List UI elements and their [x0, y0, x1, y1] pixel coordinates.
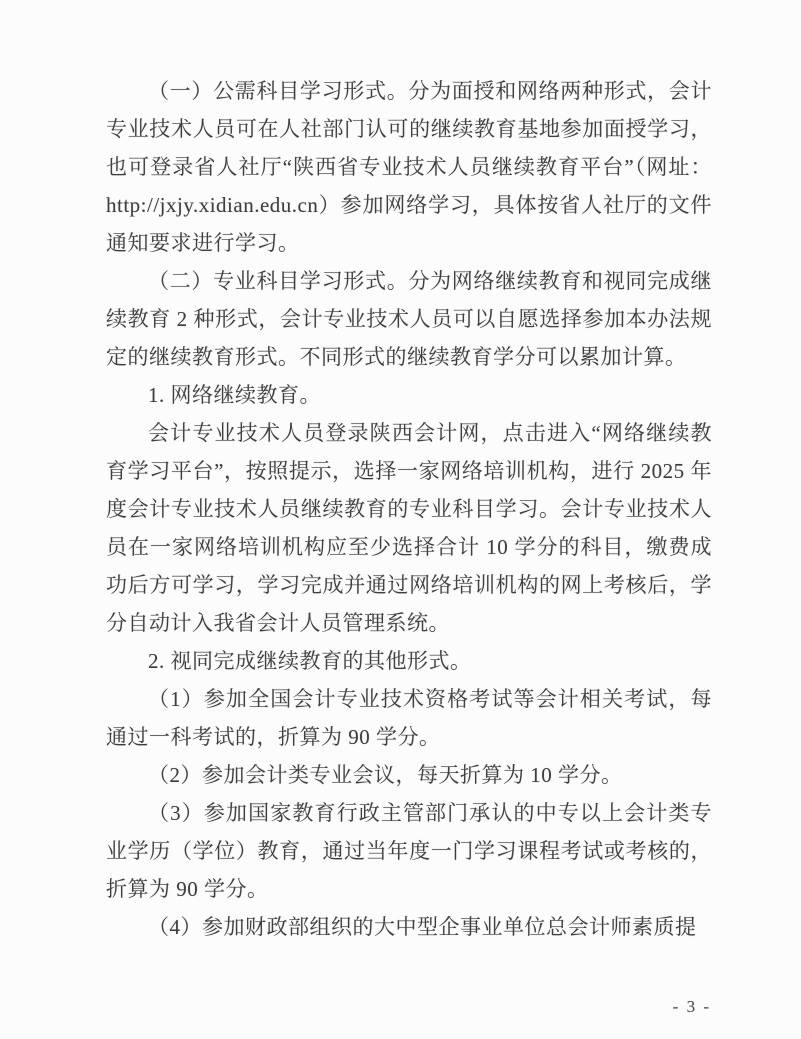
- page-number: - 3 -: [673, 997, 711, 1017]
- paragraph-item-1-heading: 1. 网络继续教育。: [106, 376, 712, 414]
- document-body: （一）公需科目学习形式。分为面授和网络两种形式，会计专业技术人员可在人社部门认可…: [106, 72, 712, 946]
- paragraph-public-subjects: （一）公需科目学习形式。分为面授和网络两种形式，会计专业技术人员可在人社部门认可…: [106, 72, 712, 262]
- paragraph-professional-subjects: （二）专业科目学习形式。分为网络继续教育和视同完成继续教育 2 种形式，会计专业…: [106, 262, 712, 376]
- paragraph-subitem-1: （1）参加全国会计专业技术资格考试等会计相关考试，每通过一科考试的，折算为 90…: [106, 680, 712, 756]
- paragraph-subitem-2: （2）参加会计类专业会议，每天折算为 10 学分。: [106, 756, 712, 794]
- document-page: （一）公需科目学习形式。分为面授和网络两种形式，会计专业技术人员可在人社部门认可…: [0, 0, 801, 1039]
- paragraph-network-education-detail: 会计专业技术人员登录陕西会计网，点击进入“网络继续教育学习平台”，按照提示，选择…: [106, 414, 712, 642]
- paragraph-subitem-3: （3）参加国家教育行政主管部门承认的中专以上会计类专业学历（学位）教育，通过当年…: [106, 794, 712, 908]
- paragraph-subitem-4-truncated: （4）参加财政部组织的大中型企事业单位总会计师素质提: [106, 908, 712, 946]
- paragraph-item-2-heading: 2. 视同完成继续教育的其他形式。: [106, 642, 712, 680]
